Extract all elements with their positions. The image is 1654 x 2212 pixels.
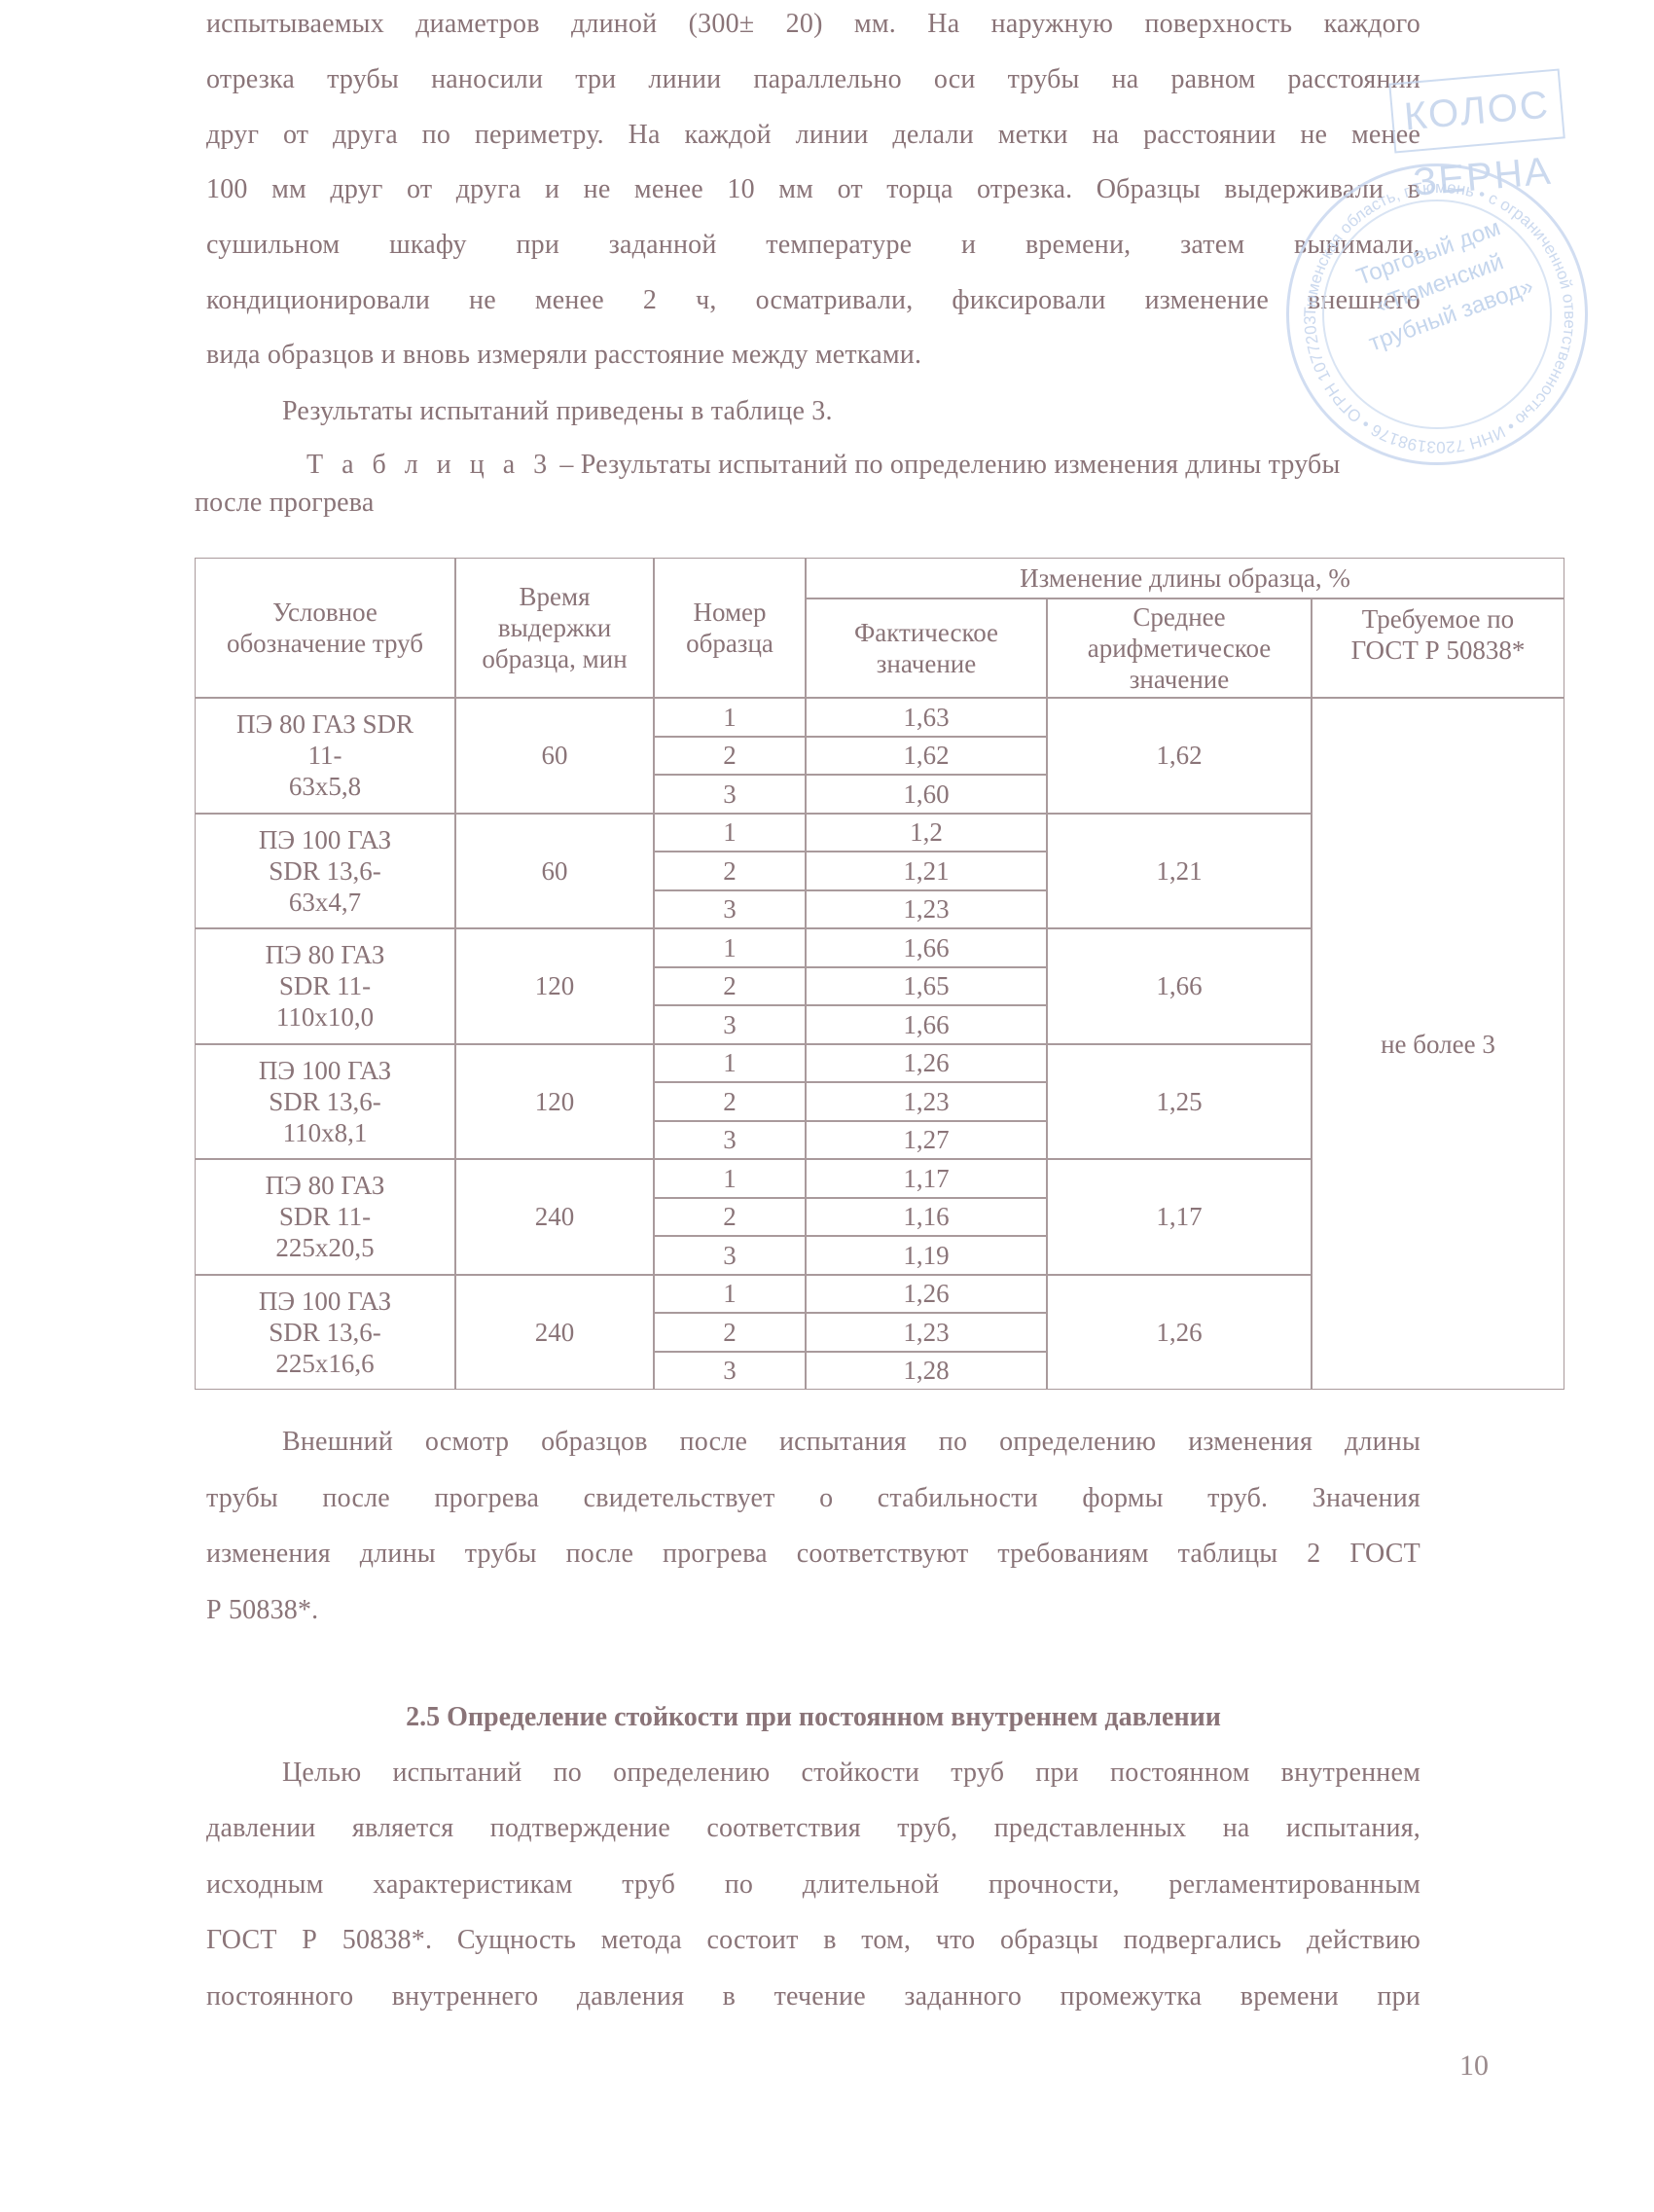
text-line: Целью испытаний по определению стойкости…	[282, 1757, 1420, 1790]
text-line: друг от друга по периметру. На каждой ли…	[206, 119, 1420, 152]
results-reference: Результаты испытаний приведены в таблице…	[282, 395, 1420, 428]
pipe-designation-line: ПЭ 80 ГАЗ	[266, 939, 385, 970]
pipe-designation-line: 225х16,6	[275, 1348, 374, 1379]
sample-number-cell: 3	[654, 775, 806, 814]
actual-value-cell: 1,60	[806, 775, 1047, 814]
pipe-designation-line: 63х5,8	[289, 771, 361, 802]
round-seal: Тюменская область, г.Тюмень • с ограниче…	[1286, 163, 1588, 465]
actual-value-cell: 1,28	[806, 1352, 1047, 1391]
mean-value-cell: 1,17	[1047, 1159, 1312, 1275]
header-mean: Среднее арифметическое значение	[1047, 598, 1312, 698]
hold-time-cell: 240	[455, 1275, 654, 1391]
text-line: испытываемых диаметров длиной (300± 20) …	[206, 8, 1420, 41]
required-value-cell: не более 3	[1312, 698, 1564, 1390]
actual-value-cell: 1,21	[806, 852, 1047, 890]
text-line: постоянного внутреннего давления в течен…	[206, 1980, 1420, 2013]
text-line: давлении является подтверждение соответс…	[206, 1812, 1420, 1845]
sample-number-cell: 1	[654, 814, 806, 852]
pipe-designation-cell: ПЭ 80 ГАЗSDR 11-110х10,0	[195, 928, 455, 1044]
hold-time-cell: 60	[455, 814, 654, 929]
pipe-designation-line: ПЭ 80 ГАЗ	[266, 1170, 385, 1201]
table-caption-label: Т а б л и ц а 3	[306, 450, 553, 480]
text-line: трубы после прогрева свидетельствует о с…	[206, 1482, 1420, 1515]
pipe-designation-cell: ПЭ 100 ГАЗSDR 13,6-63х4,7	[195, 814, 455, 929]
text-line: изменения длины трубы после прогрева соо…	[206, 1538, 1420, 1571]
sample-number-cell: 1	[654, 1044, 806, 1083]
text-line: исходным характеристикам труб по длитель…	[206, 1868, 1420, 1902]
hold-time-cell: 120	[455, 928, 654, 1044]
actual-value-cell: 1,27	[806, 1121, 1047, 1160]
pipe-designation-cell: ПЭ 100 ГАЗSDR 13,6-110х8,1	[195, 1044, 455, 1160]
sample-number-cell: 1	[654, 698, 806, 737]
results-table: Условное обозначение труб Время выдержки…	[195, 558, 1564, 1390]
pipe-designation-line: SDR 11-	[279, 970, 371, 1001]
sample-number-cell: 3	[654, 1121, 806, 1160]
sample-number-cell: 2	[654, 737, 806, 776]
pipe-designation-line: 225х20,5	[275, 1232, 374, 1263]
actual-value-cell: 1,65	[806, 967, 1047, 1006]
text-line: 100 мм друг от друга и не менее 10 мм от…	[206, 173, 1420, 206]
mean-value-cell: 1,26	[1047, 1275, 1312, 1391]
sample-number-cell: 3	[654, 1005, 806, 1044]
pipe-designation-cell: ПЭ 80 ГАЗ SDR11-63х5,8	[195, 698, 455, 814]
sample-number-cell: 2	[654, 1082, 806, 1121]
text-line: отрезка трубы наносили три линии паралле…	[206, 63, 1420, 96]
pipe-designation-line: SDR 13,6-	[269, 855, 381, 887]
header-actual: Фактическое значение	[806, 598, 1047, 698]
pipe-designation-line: ПЭ 100 ГАЗ	[259, 1286, 391, 1317]
pipe-designation-cell: ПЭ 100 ГАЗSDR 13,6-225х16,6	[195, 1275, 455, 1391]
mean-value-cell: 1,62	[1047, 698, 1312, 814]
pipe-designation-line: 11-	[308, 740, 342, 771]
pipe-designation-line: 110х10,0	[276, 1001, 374, 1033]
pipe-designation-line: ПЭ 100 ГАЗ	[259, 824, 391, 855]
text-line: кондиционировали не менее 2 ч, осматрива…	[206, 284, 1420, 317]
pipe-designation-line: ПЭ 100 ГАЗ	[259, 1055, 391, 1086]
text-line: Внешний осмотр образцов после испытания …	[282, 1426, 1420, 1459]
actual-value-cell: 1,23	[806, 1313, 1047, 1352]
hold-time-cell: 60	[455, 698, 654, 814]
sample-number-cell: 1	[654, 1159, 806, 1198]
pipe-designation-line: SDR 11-	[279, 1201, 371, 1232]
sample-number-cell: 3	[654, 890, 806, 929]
text-line: сушильном шкафу при заданной температуре…	[206, 229, 1420, 262]
actual-value-cell: 1,23	[806, 890, 1047, 929]
table-caption-continuation: после прогрева	[195, 487, 1409, 520]
sample-number-cell: 3	[654, 1236, 806, 1275]
sample-number-cell: 1	[654, 928, 806, 967]
header-length-change: Изменение длины образца, %	[806, 558, 1564, 598]
actual-value-cell: 1,26	[806, 1275, 1047, 1314]
hold-time-cell: 240	[455, 1159, 654, 1275]
sample-number-cell: 3	[654, 1352, 806, 1391]
text-line: ГОСТ Р 50838*. Сущность метода состоит в…	[206, 1924, 1420, 1957]
pipe-designation-line: SDR 13,6-	[269, 1086, 381, 1117]
header-designation: Условное обозначение труб	[195, 558, 455, 698]
actual-value-cell: 1,19	[806, 1236, 1047, 1275]
mean-value-cell: 1,21	[1047, 814, 1312, 929]
mean-value-cell: 1,25	[1047, 1044, 1312, 1160]
header-hold-time: Время выдержки образца, мин	[455, 558, 654, 698]
actual-value-cell: 1,16	[806, 1198, 1047, 1237]
section-heading: 2.5 Определение стойкости при постоянном…	[206, 1701, 1420, 1734]
text-line: вида образцов и вновь измеряли расстояни…	[206, 339, 1420, 372]
actual-value-cell: 1,63	[806, 698, 1047, 737]
sample-number-cell: 2	[654, 1198, 806, 1237]
actual-value-cell: 1,66	[806, 928, 1047, 967]
mean-value-cell: 1,66	[1047, 928, 1312, 1044]
pipe-designation-line: 110х8,1	[283, 1117, 368, 1148]
pipe-designation-line: ПЭ 80 ГАЗ SDR	[236, 708, 413, 740]
sample-number-cell: 2	[654, 852, 806, 890]
text-line: Р 50838*.	[206, 1594, 1420, 1627]
table-caption-title: – Результаты испытаний по определению из…	[559, 450, 1340, 480]
sample-number-cell: 2	[654, 967, 806, 1006]
actual-value-cell: 1,17	[806, 1159, 1047, 1198]
actual-value-cell: 1,26	[806, 1044, 1047, 1083]
actual-value-cell: 1,23	[806, 1082, 1047, 1121]
actual-value-cell: 1,62	[806, 737, 1047, 776]
actual-value-cell: 1,2	[806, 814, 1047, 852]
header-sample-no: Номер образца	[654, 558, 806, 698]
hold-time-cell: 120	[455, 1044, 654, 1160]
header-required: Требуемое по ГОСТ Р 50838*	[1312, 598, 1564, 698]
pipe-designation-line: 63х4,7	[289, 887, 361, 918]
page-number: 10	[1459, 2049, 1489, 2083]
actual-value-cell: 1,66	[806, 1005, 1047, 1044]
sample-number-cell: 2	[654, 1313, 806, 1352]
pipe-designation-cell: ПЭ 80 ГАЗSDR 11-225х20,5	[195, 1159, 455, 1275]
rectangular-stamp: КОЛОС ЗЕРНА	[1388, 68, 1565, 153]
pipe-designation-line: SDR 13,6-	[269, 1317, 381, 1348]
sample-number-cell: 1	[654, 1275, 806, 1314]
